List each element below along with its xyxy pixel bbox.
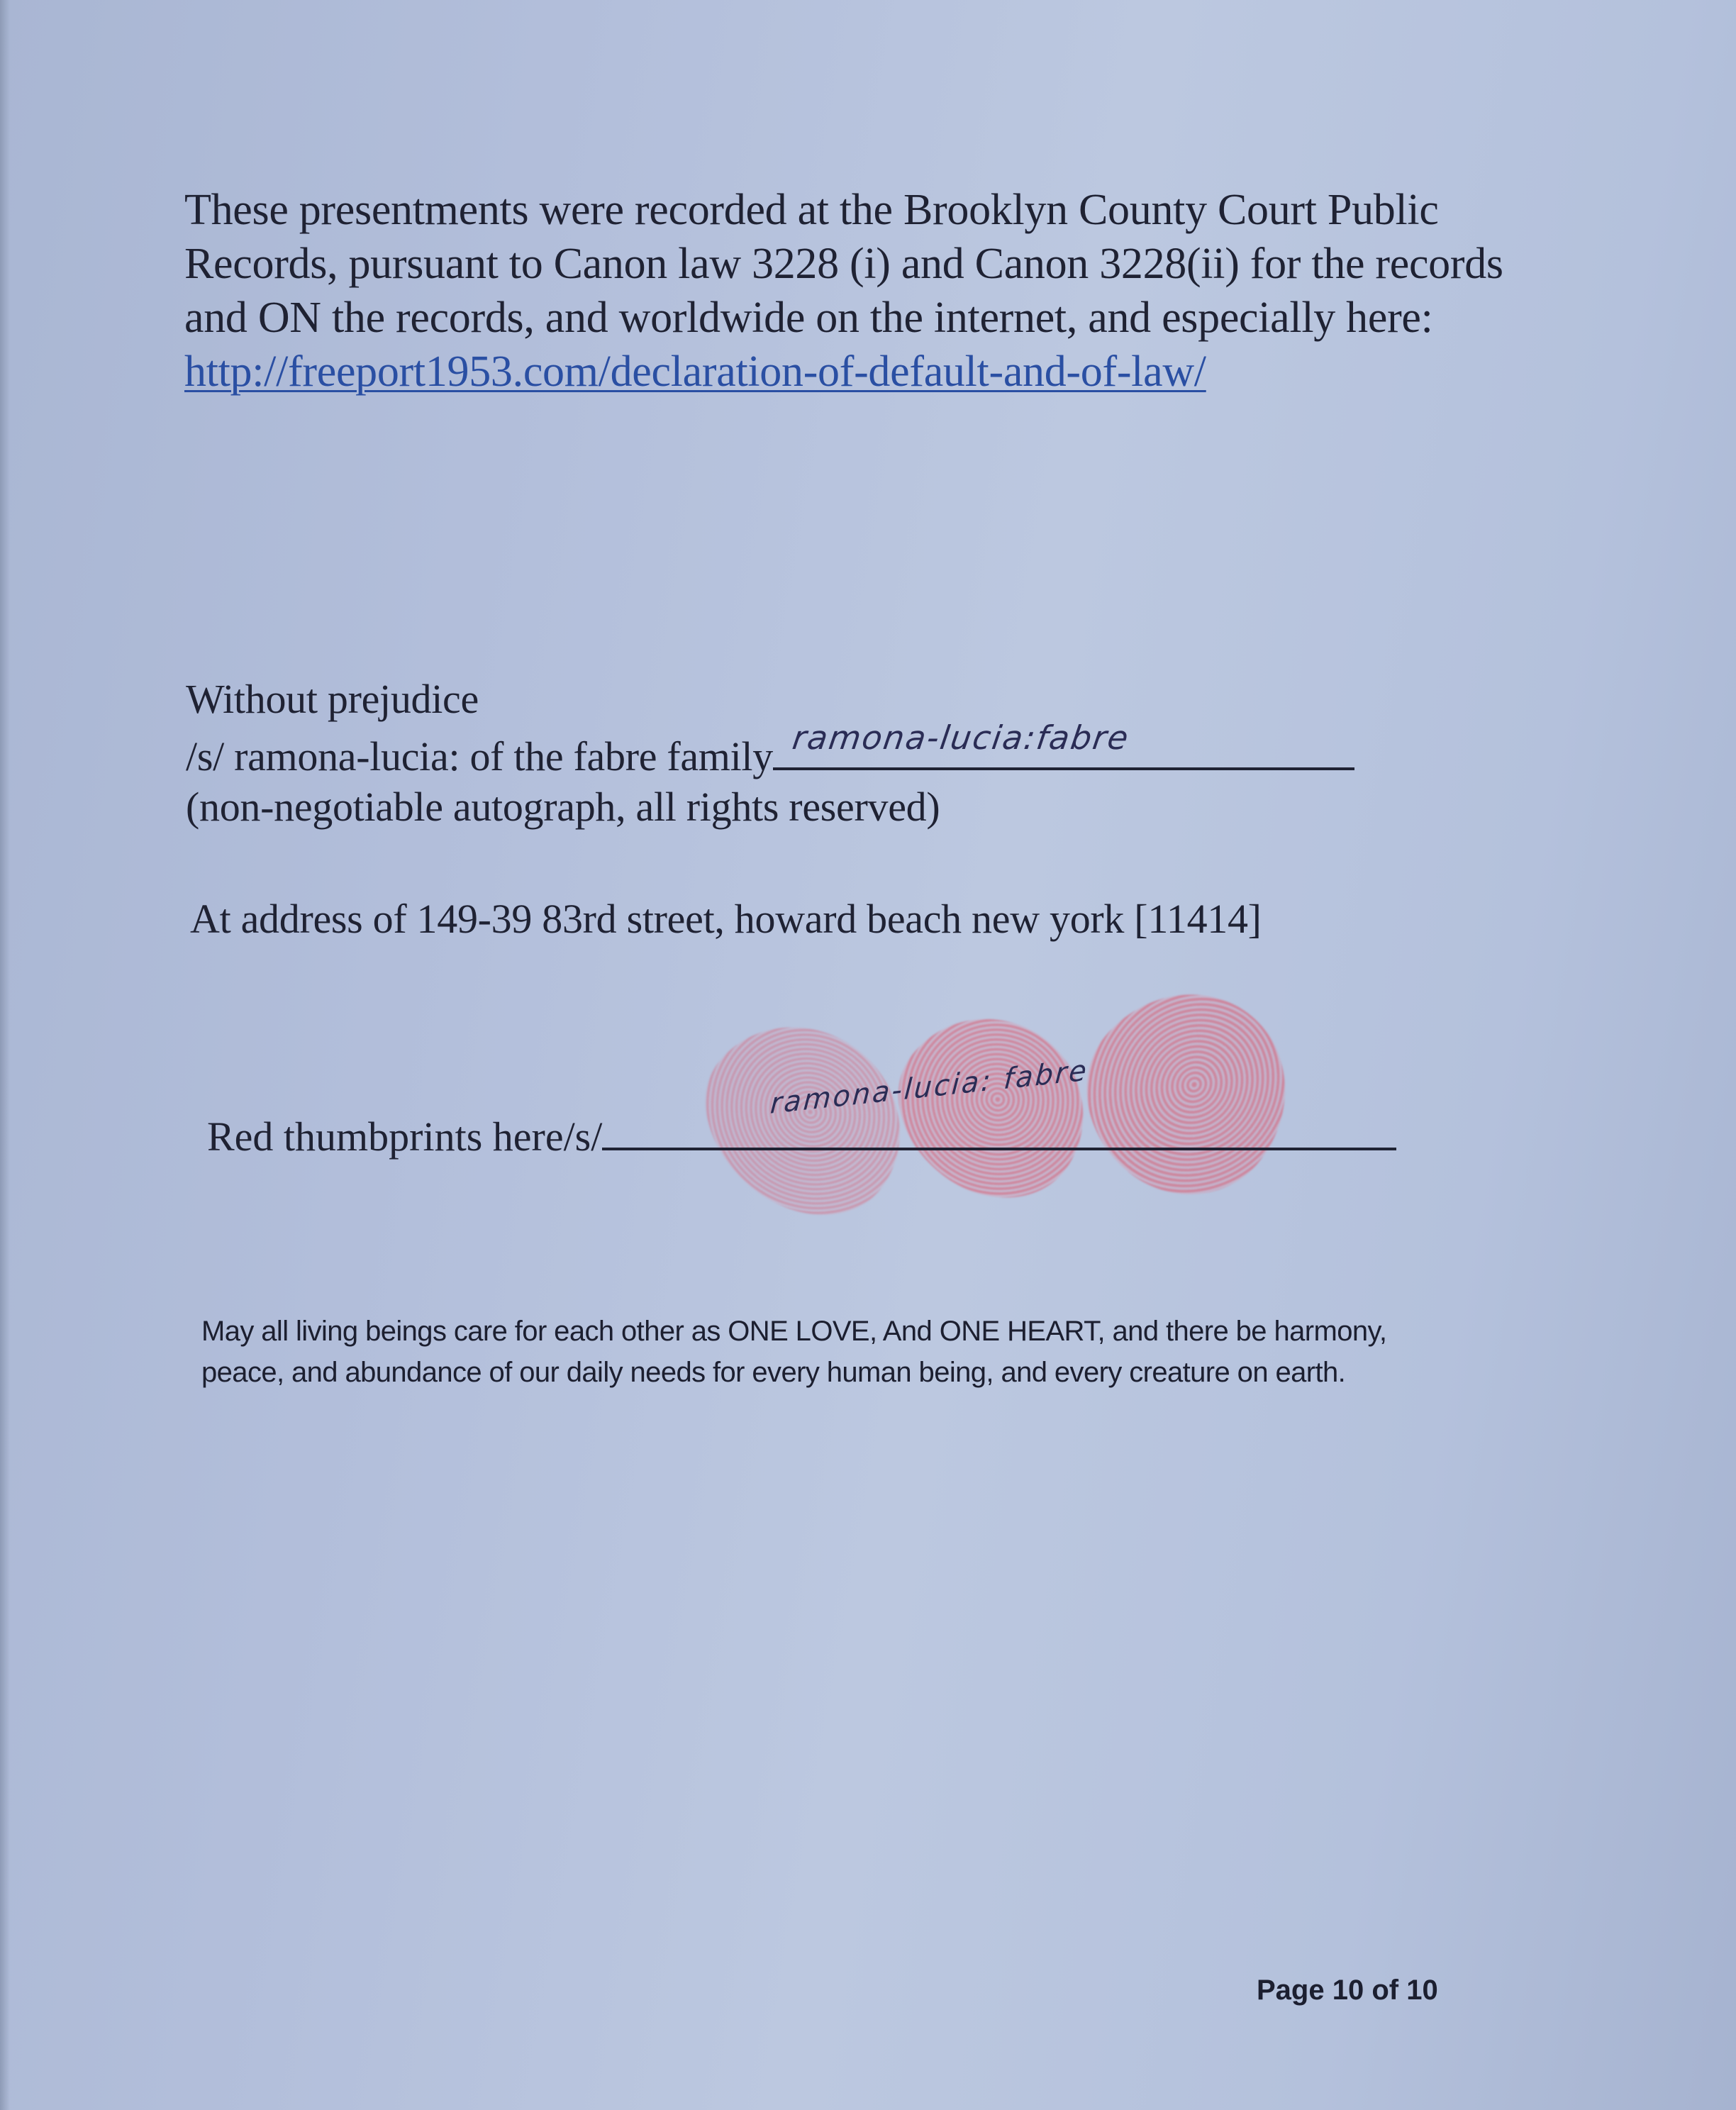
records-paragraph-text: These presentments were recorded at the … [184,186,1503,342]
thumbprint-blank [602,1106,1396,1150]
declaration-link[interactable]: http://freeport1953.com/declaration-of-d… [184,348,1206,396]
signature-blank: ramona-lucia:fabre [773,726,1354,770]
records-paragraph: These presentments were recorded at the … [184,183,1574,399]
thumbprint-label: Red thumbprints here/s/ [207,1114,602,1160]
closing-blessing: May all living beings care for each othe… [201,1311,1386,1393]
page-number: Page 10 of 10 [1257,1975,1438,2006]
page-edge [0,0,10,2110]
closing-line-2: peace, and abundance of our daily needs … [201,1352,1386,1393]
thumbprint-3 [1048,953,1328,1232]
address-line: At address of 149-39 83rd street, howard… [190,892,1262,946]
handwritten-signature: ramona-lucia:fabre [789,711,1133,765]
autograph-note: (non-negotiable autograph, all rights re… [186,780,940,834]
closing-line-1: May all living beings care for each othe… [201,1311,1386,1352]
signature-line-label: /s/ ramona-lucia: of the fabre family [186,733,773,779]
without-prejudice: Without prejudice [186,672,479,726]
signature-line: /s/ ramona-lucia: of the fabre familyram… [186,726,1354,784]
